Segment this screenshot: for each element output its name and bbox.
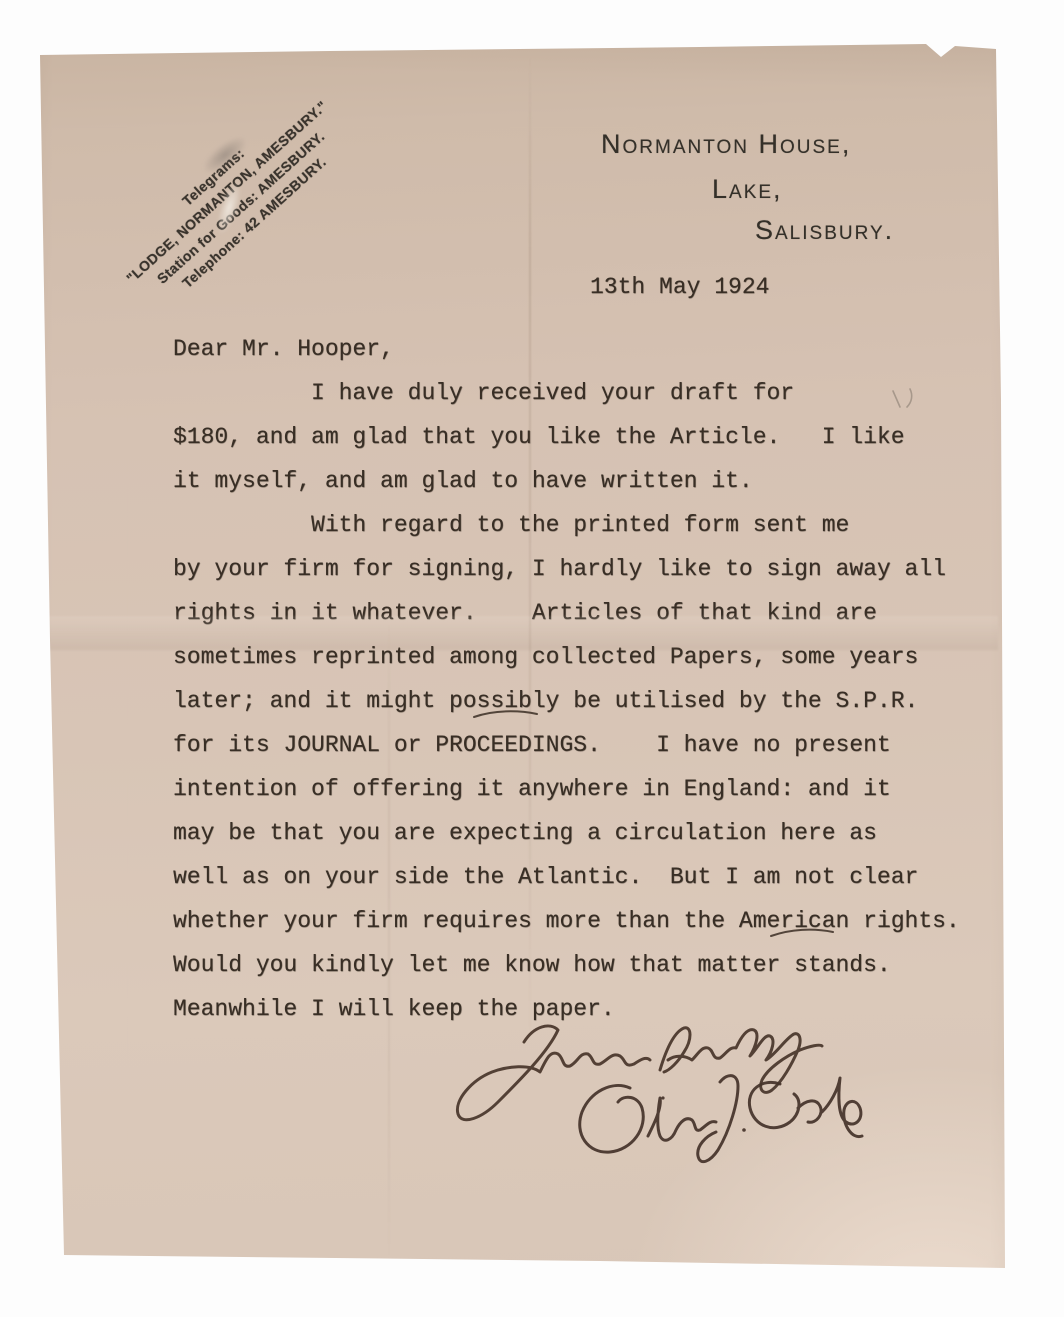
letter-body: Dear Mr. Hooper, I have duly received yo… <box>173 327 1003 1031</box>
letterhead-city: Salisbury. <box>755 215 894 246</box>
letterhead-lake: Lake, <box>712 174 783 205</box>
body-line: Would you kindly let me know how that ma… <box>173 943 1003 987</box>
salutation: Dear Mr. Hooper, <box>173 327 1003 371</box>
document-scan: Telegrams: "LODGE, NORMANTON, AMESBURY."… <box>0 0 1064 1317</box>
letter-page: Telegrams: "LODGE, NORMANTON, AMESBURY."… <box>0 0 1064 1317</box>
letter-date: 13th May 1924 <box>590 274 769 300</box>
body-line: With regard to the printed form sent me <box>173 503 1003 547</box>
body-line: well as on your side the Atlantic. But I… <box>173 855 1003 899</box>
body-line: Meanwhile I will keep the paper. <box>173 987 1003 1031</box>
body-line: intention of offering it anywhere in Eng… <box>173 767 1003 811</box>
body-line: later; and it might possibly be utilised… <box>173 679 1003 723</box>
body-line: whether your firm requires more than the… <box>173 899 1003 943</box>
signature-name-script <box>580 1076 862 1162</box>
body-line: may be that you are expecting a circulat… <box>173 811 1003 855</box>
letterhead-house: Normanton House, <box>601 129 851 160</box>
body-line: sometimes reprinted among collected Pape… <box>173 635 1003 679</box>
body-line: it myself, and am glad to have written i… <box>173 459 1003 503</box>
body-line: by your firm for signing, I hardly like … <box>173 547 1003 591</box>
body-line: rights in it whatever. Articles of that … <box>173 591 1003 635</box>
body-line: $180, and am glad that you like the Arti… <box>173 415 1003 459</box>
telegraph-stamp: Telegrams: "LODGE, NORMANTON, AMESBURY."… <box>52 21 417 379</box>
body-line: for its JOURNAL or PROCEEDINGS. I have n… <box>173 723 1003 767</box>
signature-closing-script <box>457 1026 822 1120</box>
body-line: I have duly received your draft for <box>173 371 1003 415</box>
